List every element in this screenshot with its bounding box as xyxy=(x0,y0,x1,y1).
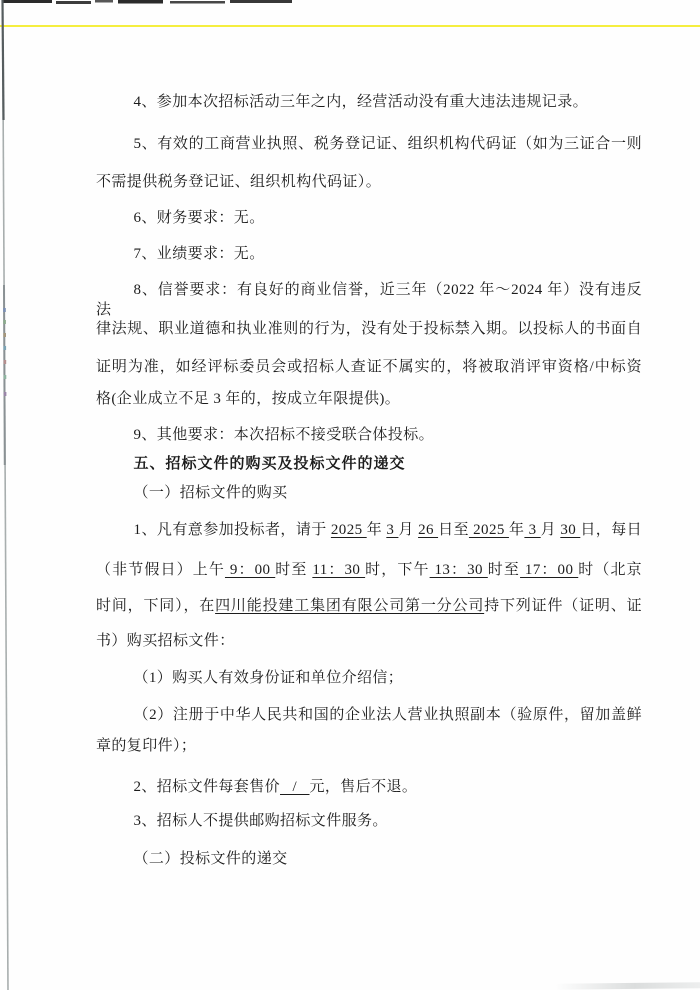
text-segment: 6、财务要求：无。 xyxy=(134,210,265,226)
underlined-field: 2025 xyxy=(469,522,509,538)
document-line: 8、信誉要求：有良好的商业信誉，近三年（2022 年～2024 年）没有违反法 xyxy=(96,280,642,320)
document-line: （二）投标文件的递交 xyxy=(96,849,642,869)
underlined-field: / xyxy=(280,779,309,795)
scan-bottom-edge-artifact xyxy=(555,982,700,990)
text-segment: 书）购买招标文件： xyxy=(96,633,235,649)
document-page: 4、参加本次招标活动三年之内，经营活动没有重大违法违规记录。5、有效的工商营业执… xyxy=(0,0,700,990)
document-line: 9、其他要求：本次招标不接受联合体投标。 xyxy=(96,425,642,445)
document-line: 2、招标文件每套售价 / 元，售后不退。 xyxy=(96,777,642,797)
text-segment: 时间，下同），在 xyxy=(96,598,215,614)
underlined-field: 13：30 xyxy=(430,562,488,578)
text-segment: 时至 xyxy=(275,562,312,578)
document-line: 3、招标人不提供邮购招标文件服务。 xyxy=(96,811,642,831)
text-segment: 元，售后不退。 xyxy=(309,779,417,795)
underlined-field: 3 xyxy=(524,522,540,538)
text-segment: 时至 xyxy=(488,562,520,578)
document-line: 1、凡有意参加投标者，请于 2025 年 3 月 26 日至 2025 年 3 … xyxy=(96,520,642,540)
scan-top-edge-artifact xyxy=(0,0,700,30)
text-segment: 证明为准，如经评标委员会或招标人查证不属实的，将被取消评审资格/中标资 xyxy=(96,359,642,375)
underlined-field: 11：30 xyxy=(312,562,365,578)
text-segment: 5、有效的工商营业执照、税务登记证、组织机构代码证（如为三证合一则 xyxy=(134,136,643,152)
document-line: 6、财务要求：无。 xyxy=(96,208,642,228)
text-segment: 格(企业成立不足 3 年的，按成立年限提供)。 xyxy=(96,391,400,407)
document-line: 律法规、职业道德和执业准则的行为，没有处于投标禁入期。以投标人的书面自 xyxy=(96,319,642,339)
text-segment: （一）招标文件的购买 xyxy=(134,485,288,501)
text-segment: 时（北京 xyxy=(578,562,642,578)
text-segment: 7、业绩要求：无。 xyxy=(134,246,265,262)
document-line: （一）招标文件的购买 xyxy=(96,483,642,503)
underlined-field: 3 xyxy=(386,522,398,538)
document-line: 章的复印件）； xyxy=(96,736,642,756)
document-line: 5、有效的工商营业执照、税务登记证、组织机构代码证（如为三证合一则 xyxy=(96,134,642,154)
document-line: （1）购买人有效身份证和单位介绍信； xyxy=(96,668,642,688)
text-segment: 五、招标文件的购买及投标文件的递交 xyxy=(134,456,406,472)
text-segment: 持下列证件（证明、证 xyxy=(484,598,642,614)
underlined-field: 四川能投建工集团有限公司第一分公司 xyxy=(215,598,484,614)
text-segment: 日，每日 xyxy=(580,522,642,538)
text-segment: 律法规、职业道德和执业准则的行为，没有处于投标禁入期。以投标人的书面自 xyxy=(96,321,642,337)
text-segment: 2、招标文件每套售价 xyxy=(134,779,281,795)
text-segment: 月 xyxy=(398,522,418,538)
text-segment: 日至 xyxy=(438,522,469,538)
text-segment: 不需提供税务登记证、组织机构代码证）。 xyxy=(96,174,381,190)
text-segment: 9、其他要求：本次招标不接受联合体投标。 xyxy=(134,427,435,443)
section-heading: 五、招标文件的购买及投标文件的递交 xyxy=(96,454,642,474)
document-line: 时间，下同），在四川能投建工集团有限公司第一分公司持下列证件（证明、证 xyxy=(96,596,642,616)
text-segment: 4、参加本次招标活动三年之内，经营活动没有重大违法违规记录。 xyxy=(134,94,589,110)
document-line: （2）注册于中华人民共和国的企业法人营业执照副本（验原件，留加盖鲜 xyxy=(96,705,642,725)
underlined-field: 17：00 xyxy=(520,562,578,578)
document-line: 4、参加本次招标活动三年之内，经营活动没有重大违法违规记录。 xyxy=(96,92,642,112)
underlined-field: 30 xyxy=(560,522,580,538)
document-line: 证明为准，如经评标委员会或招标人查证不属实的，将被取消评审资格/中标资 xyxy=(96,357,642,377)
document-line: 书）购买招标文件： xyxy=(96,631,642,651)
text-segment: 章的复印件）； xyxy=(96,738,196,754)
document-line: 不需提供税务登记证、组织机构代码证）。 xyxy=(96,172,642,192)
text-segment: 月 xyxy=(541,522,561,538)
text-segment: 时，下午 xyxy=(365,562,429,578)
text-segment: 年 xyxy=(509,522,524,538)
document-line: （非节假日）上午 9：00 时至 11：30 时，下午 13：30 时至 17：… xyxy=(96,560,642,580)
scan-left-edge-line xyxy=(0,0,14,990)
text-segment: （二）投标文件的递交 xyxy=(134,851,288,867)
document-line: 7、业绩要求：无。 xyxy=(96,244,642,264)
text-segment: 8、信誉要求：有良好的商业信誉，近三年（2022 年～2024 年）没有违反法 xyxy=(96,282,642,318)
underlined-field: 9：00 xyxy=(225,562,275,578)
text-segment: 3、招标人不提供邮购招标文件服务。 xyxy=(134,813,388,829)
text-segment: 1、凡有意参加投标者，请于 xyxy=(134,522,331,538)
underlined-field: 26 xyxy=(418,522,438,538)
document-line: 格(企业成立不足 3 年的，按成立年限提供)。 xyxy=(96,389,642,409)
text-segment: （1）购买人有效身份证和单位介绍信； xyxy=(134,670,404,686)
text-segment: （非节假日）上午 xyxy=(96,562,225,578)
text-segment: （2）注册于中华人民共和国的企业法人营业执照副本（验原件，留加盖鲜 xyxy=(134,707,643,723)
underlined-field: 2025 xyxy=(331,522,367,538)
scan-yellow-line xyxy=(0,25,700,27)
text-segment: 年 xyxy=(367,522,387,538)
